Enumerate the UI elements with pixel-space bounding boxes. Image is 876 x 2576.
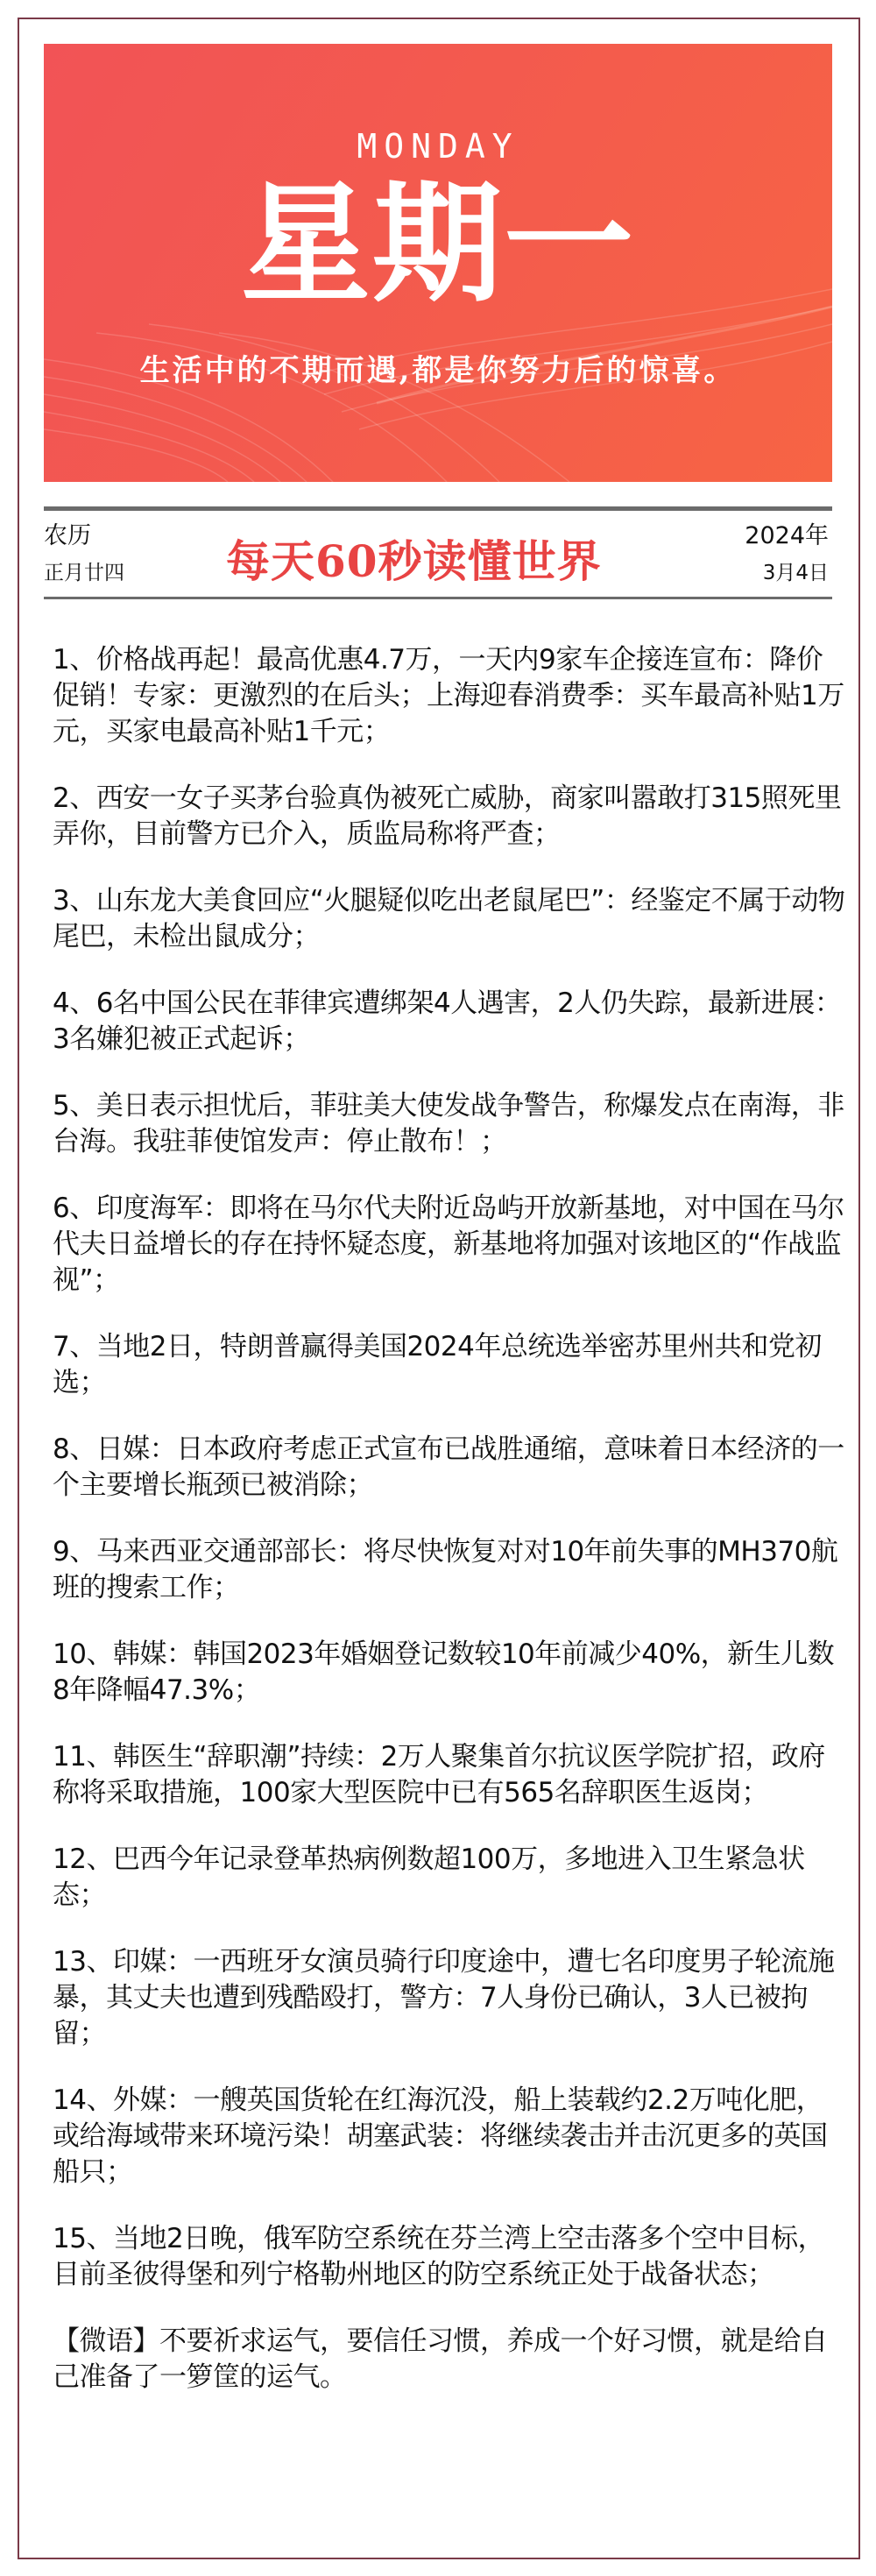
news-item: 7、当地2日，特朗普赢得美国2024年总统选举密苏里州共和党初选； xyxy=(53,1329,845,1401)
banner-slogan: 生活中的不期而遇,都是你努力后的惊喜。 xyxy=(44,346,832,389)
news-item: 9、马来西亚交通部部长：将尽快恢复对对10年前失事的MH370航班的搜索工作； xyxy=(53,1534,845,1606)
lunar-label: 农历 xyxy=(44,516,91,550)
news-item: 13、印媒：一西班牙女演员骑行印度途中，遭七名印度男子轮流施暴，其丈夫也遭到残酷… xyxy=(53,1944,845,2052)
news-item: 11、韩医生“辞职潮”持续：2万人聚集首尔抗议医学院扩招，政府称将采取措施，10… xyxy=(53,1739,845,1811)
news-item: 3、山东龙大美食回应“火腿疑似吃出老鼠尾巴”：经鉴定不属于动物尾巴，未检出鼠成分… xyxy=(53,883,845,955)
news-list: 1、价格战再起！最高优惠4.7万，一天内9家车企接连宣布：降价促销！专家：更激烈… xyxy=(53,642,845,2426)
month-day: 3月4日 xyxy=(763,556,829,585)
year: 2024年 xyxy=(745,516,829,550)
news-item: 15、当地2日晚，俄军防空系统在芬兰湾上空击落多个空中目标，目前圣彼得堡和列宁格… xyxy=(53,2221,845,2293)
news-item: 4、6名中国公民在菲律宾遭绑架4人遇害，2人仍失踪，最新进展：3名嫌犯被正式起诉… xyxy=(53,986,845,1058)
daily-motto: 【微语】不要祈求运气，要信任习惯，养成一个好习惯，就是给自己准备了一箩筐的运气。 xyxy=(53,2324,845,2396)
news-item: 14、外媒：一艘英国货轮在红海沉没，船上装载约2.2万吨化肥，或给海域带来环境污… xyxy=(53,2083,845,2190)
lunar-date: 正月廿四 xyxy=(44,556,124,585)
news-item: 1、价格战再起！最高优惠4.7万，一天内9家车企接连宣布：降价促销！专家：更激烈… xyxy=(53,642,845,750)
weekday-english: MONDAY xyxy=(44,127,832,166)
news-item: 8、日媒：日本政府考虑正式宣布已战胜通缩，意味着日本经济的一个主要增长瓶颈已被消… xyxy=(53,1432,845,1504)
weekday-chinese: 星期一 xyxy=(44,165,832,322)
page-title: 每天60秒读懂世界 xyxy=(226,527,602,590)
date-header: 农历 正月廿四 每天60秒读懂世界 2024年 3月4日 xyxy=(44,506,832,599)
weekday-banner: MONDAY 星期一 生活中的不期而遇,都是你努力后的惊喜。 xyxy=(44,44,832,482)
news-item: 6、印度海军：即将在马尔代夫附近岛屿开放新基地，对中国在马尔代夫日益增长的存在持… xyxy=(53,1191,845,1299)
news-item: 12、巴西今年记录登革热病例数超100万，多地进入卫生紧急状态； xyxy=(53,1842,845,1914)
news-item: 5、美日表示担忧后，菲驻美大使发战争警告，称爆发点在南海，非台海。我驻菲使馆发声… xyxy=(53,1088,845,1160)
news-item: 10、韩媒：韩国2023年婚姻登记数较10年前减少40%，新生儿数8年降幅47.… xyxy=(53,1637,845,1709)
news-item: 2、西安一女子买茅台验真伪被死亡威胁，商家叫嚣敢打315照死里弄你，目前警方已介… xyxy=(53,781,845,853)
